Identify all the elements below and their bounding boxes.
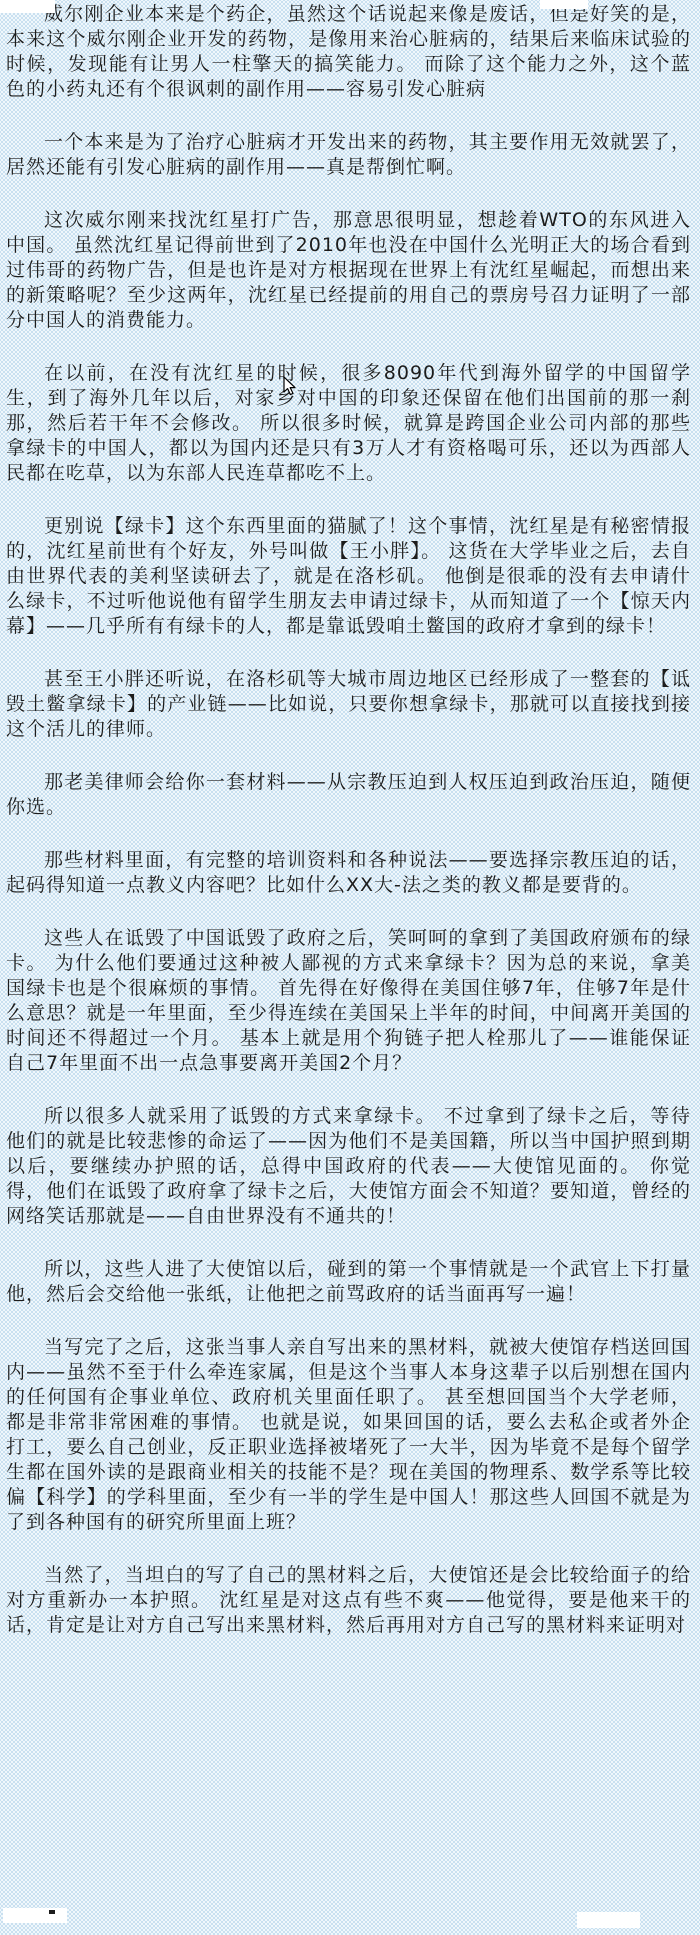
novel-paragraph: 所以，这些人进了大使馆以后，碰到的第一个事情就是一个武官上下打量他，然后会交给他… (6, 1257, 691, 1307)
novel-paragraph: 当然了，当坦白的写了自己的黑材料之后，大使馆还是会比较给面子的给对方重新办一本护… (6, 1563, 691, 1638)
novel-paragraph: 更别说【绿卡】这个东西里面的猫腻了！这个事情，沈红星是有秘密情报的，沈红星前世有… (6, 514, 691, 639)
novel-paragraph: 这次威尔刚来找沈红星打广告，那意思很明显，想趁着WTO的东风进入中国。 虽然沈红… (6, 208, 691, 333)
glyph-fragment-speck (49, 1910, 55, 1914)
novel-paragraph: 所以很多人就采用了诋毁的方式来拿绿卡。 不过拿到了绿卡之后，等待他们的就是比较悲… (6, 1104, 691, 1229)
novel-paragraph: 那老美律师会给你一套材料——从宗教压迫到人权压迫到政治压迫，随便你选。 (6, 770, 691, 820)
novel-paragraph: 当写完了之后，这张当事人亲自写出来的黑材料，就被大使馆存档送回国内——虽然不至于… (6, 1335, 691, 1535)
novel-page: 威尔刚企业本来是个药企，虽然这个话说起来像是废话，但是好笑的是，本来这个威尔刚企… (0, 0, 700, 1638)
novel-paragraph: 甚至王小胖还听说，在洛杉矶等大城市周边地区已经形成了一整套的【诋毁土鳖拿绿卡】的… (6, 667, 691, 742)
whiteout-patch-top-left (0, 0, 55, 13)
whiteout-patch-top-right (540, 0, 588, 9)
novel-paragraph: 威尔刚企业本来是个药企，虽然这个话说起来像是废话，但是好笑的是，本来这个威尔刚企… (6, 2, 691, 102)
novel-paragraph: 在以前，在没有沈红星的时候，很多8090年代到海外留学的中国留学生，到了海外几年… (6, 361, 691, 486)
novel-paragraph: 这些人在诋毁了中国诋毁了政府之后，笑呵呵的拿到了美国政府颁布的绿卡。 为什么他们… (6, 926, 691, 1076)
novel-paragraph: 那些材料里面，有完整的培训资料和各种说法——要选择宗教压迫的话，起码得知道一点教… (6, 848, 691, 898)
whiteout-patch-bottom-left (3, 1908, 67, 1923)
whiteout-patch-bottom-right (577, 1912, 640, 1928)
novel-paragraph: 一个本来是为了治疗心脏病才开发出来的药物，其主要作用无效就罢了，居然还能有引发心… (6, 130, 691, 180)
